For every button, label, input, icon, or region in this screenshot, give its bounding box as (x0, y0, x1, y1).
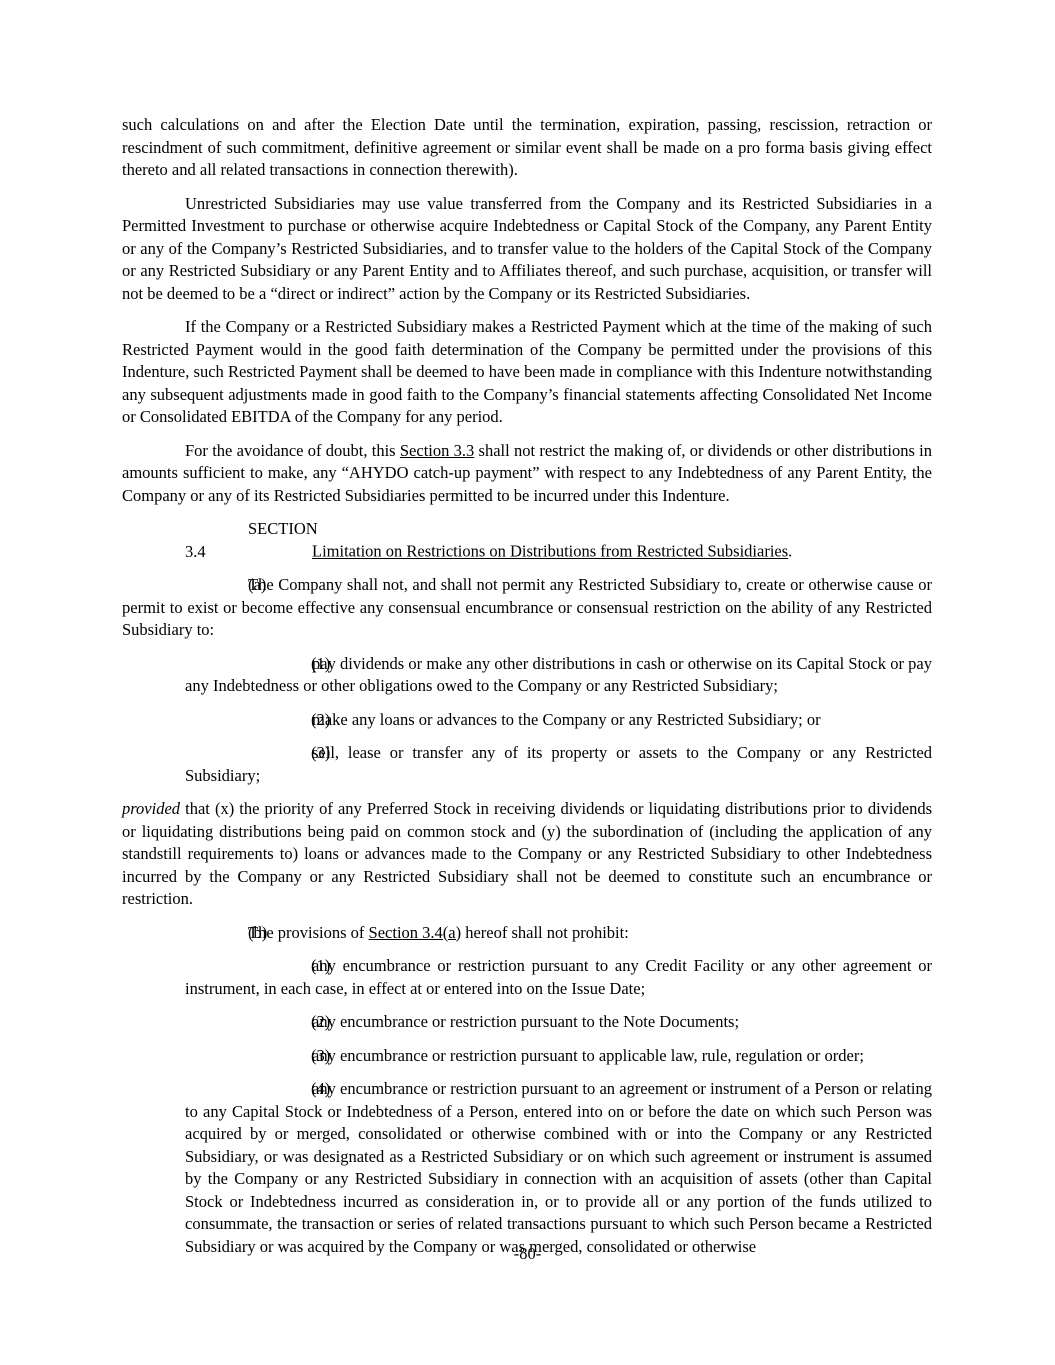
section-title: Limitation on Restrictions on Distributi… (312, 542, 788, 561)
para-provided-proviso: provided that (x) the priority of any Pr… (122, 798, 932, 911)
clause-b-4-number: (4) (248, 1078, 312, 1101)
para-avoidance-of-doubt: For the avoidance of doubt, this Section… (122, 440, 932, 508)
para-avoidance-pre: For the avoidance of doubt, this (185, 441, 400, 460)
clause-b-3-number: (3) (248, 1045, 312, 1068)
clause-a-2-number: (2) (248, 709, 312, 732)
para-a: (a)The Company shall not, and shall not … (122, 574, 932, 642)
clause-b-4-text: any encumbrance or restriction pursuant … (185, 1079, 932, 1256)
provided-italic: provided (122, 799, 180, 818)
para-b-post: hereof shall not prohibit: (461, 923, 629, 942)
clause-a-3-number: (3) (248, 742, 312, 765)
clause-b-3: (3)any encumbrance or restriction pursua… (185, 1045, 932, 1068)
para-a-number: (a) (185, 574, 248, 597)
clause-a-2: (2)make any loans or advances to the Com… (185, 709, 932, 732)
document-page: such calculations on and after the Elect… (0, 0, 1055, 1365)
clause-a-2-text: make any loans or advances to the Compan… (312, 710, 821, 729)
section-3-3-reference: Section 3.3 (400, 441, 474, 460)
clause-b-2-text: any encumbrance or restriction pursuant … (312, 1012, 739, 1031)
para-b-pre: The provisions of (248, 923, 369, 942)
para-b-number: (b) (185, 922, 248, 945)
provided-rest: that (x) the priority of any Preferred S… (122, 799, 932, 908)
clause-a-1: (1)pay dividends or make any other distr… (185, 653, 932, 698)
clause-b-1: (1)any encumbrance or restriction pursua… (185, 955, 932, 1000)
section-title-period: . (788, 542, 792, 561)
para-continuation: such calculations on and after the Elect… (122, 114, 932, 182)
clause-b-1-number: (1) (248, 955, 312, 978)
clause-b-2-number: (2) (248, 1011, 312, 1034)
clause-a-3: (3)sell, lease or transfer any of its pr… (185, 742, 932, 787)
section-number-label: SECTION 3.4 (185, 518, 312, 563)
section-3-4a-reference: Section 3.4(a) (369, 923, 462, 942)
para-unrestricted-subsidiaries: Unrestricted Subsidiaries may use value … (122, 193, 932, 306)
para-restricted-payment-compliance: If the Company or a Restricted Subsidiar… (122, 316, 932, 429)
clause-b-2: (2)any encumbrance or restriction pursua… (185, 1011, 932, 1034)
clause-a-1-number: (1) (248, 653, 312, 676)
section-3-4-heading: SECTION 3.4Limitation on Restrictions on… (122, 518, 932, 563)
page-number: -80- (0, 1243, 1055, 1266)
clause-b-3-text: any encumbrance or restriction pursuant … (312, 1046, 864, 1065)
clause-b-4: (4)any encumbrance or restriction pursua… (185, 1078, 932, 1258)
para-b: (b)The provisions of Section 3.4(a) here… (122, 922, 932, 945)
